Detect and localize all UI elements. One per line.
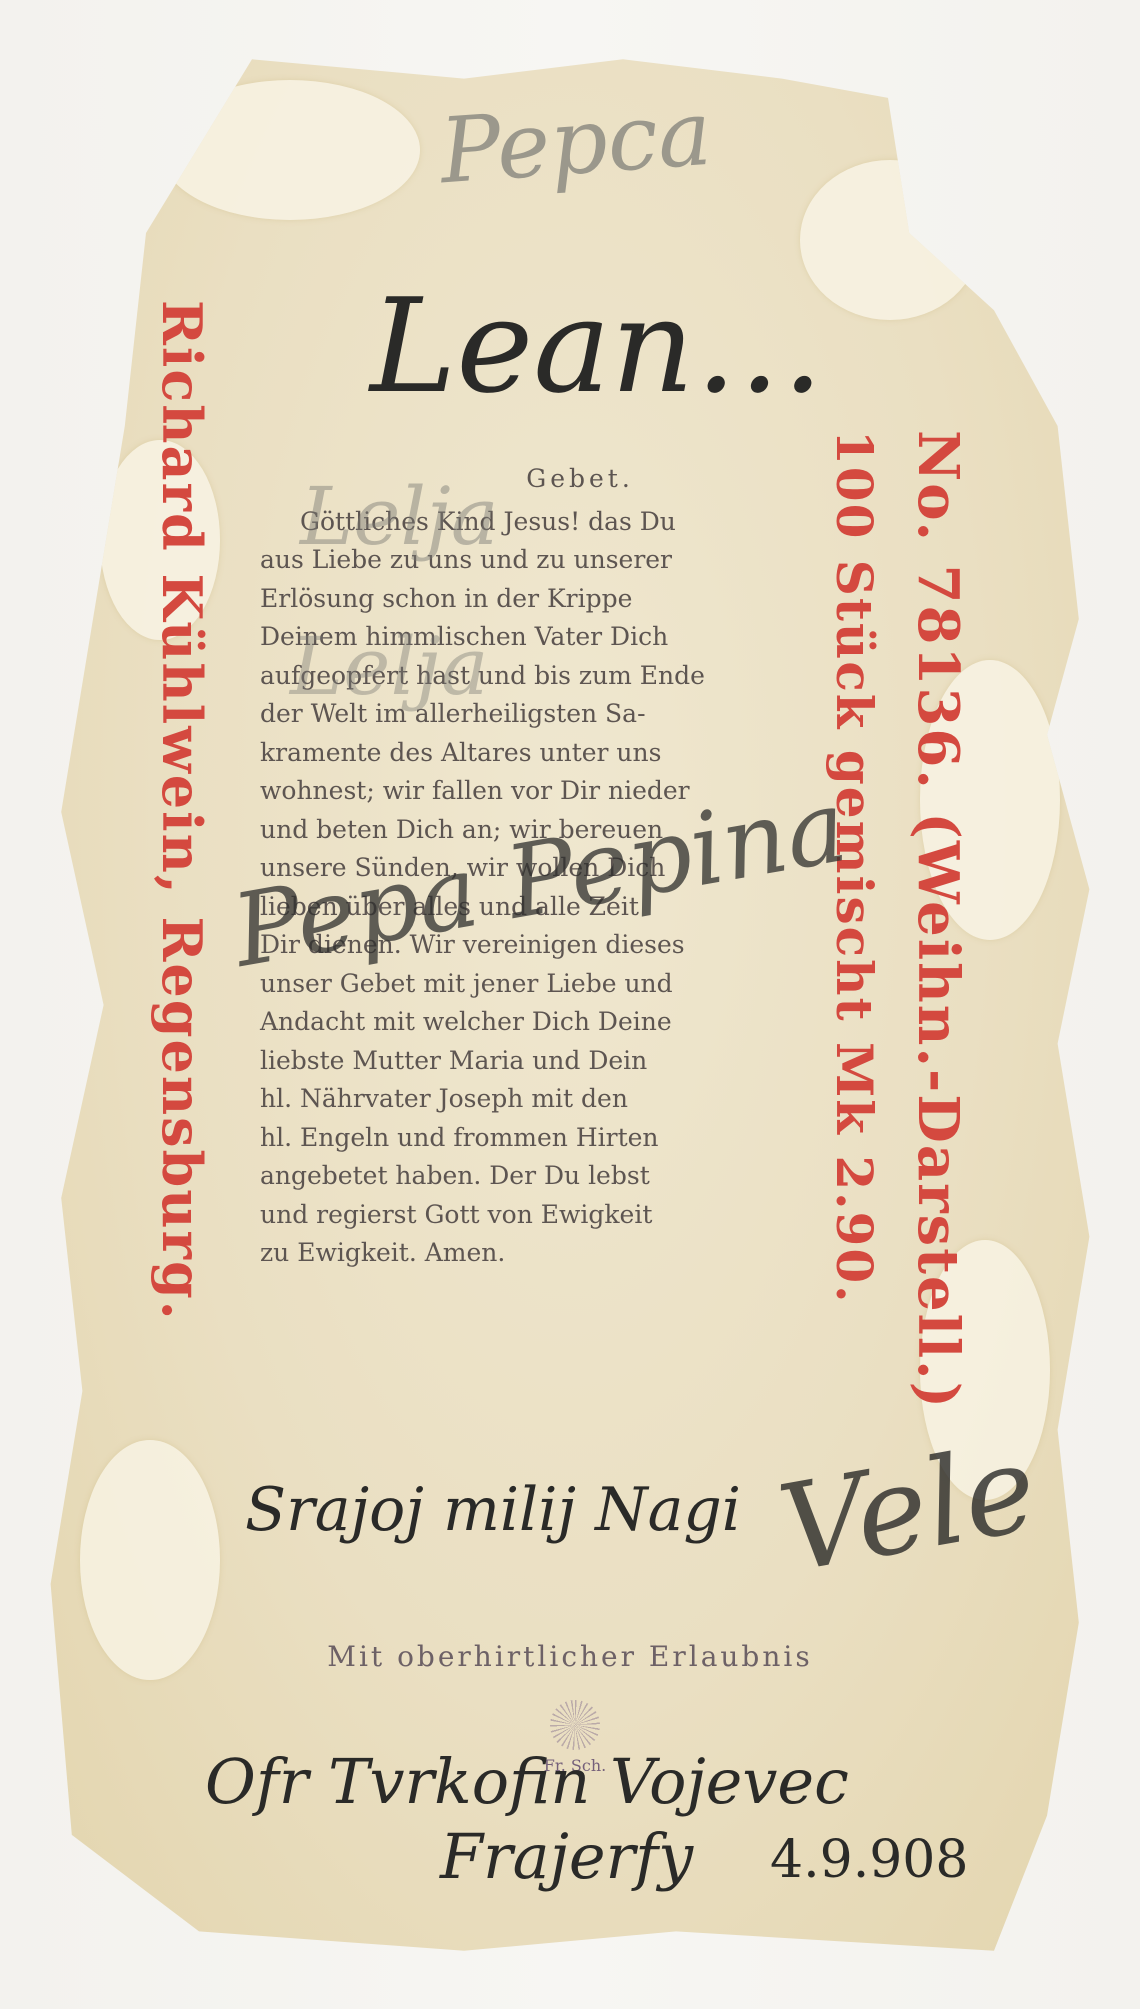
handwriting-line-3: Frajerfy bbox=[440, 1820, 693, 1893]
handwriting-ink-top: Lean… bbox=[370, 270, 825, 422]
publisher-imprint: Richard Kühlwein, Regensburg. bbox=[150, 300, 214, 1322]
prayer-line: und regierst Gott von Ewigkeit bbox=[260, 1196, 900, 1235]
handwriting-line-1: Srajoj milij Nagi bbox=[245, 1475, 741, 1545]
prayer-line: hl. Engeln und frommen Hirten bbox=[260, 1119, 900, 1158]
prayer-line: zu Ewigkeit. Amen. bbox=[260, 1234, 900, 1273]
prayer-line: kramente des Altares unter uns bbox=[260, 734, 900, 773]
handwriting-pencil-middle: Lelja bbox=[290, 620, 489, 713]
imprimatur-line: Mit oberhirtlicher Erlaubnis bbox=[225, 1640, 915, 1673]
handwriting-line-2: Ofr Tvrkofin Vojevec bbox=[205, 1745, 849, 1818]
handwriting-pencil-top: Pepca bbox=[437, 81, 715, 205]
handwriting-pencil-middle: Lelja bbox=[300, 470, 499, 563]
handwriting-date: 4.9.908 bbox=[770, 1830, 968, 1890]
prayer-line: liebste Mutter Maria und Dein bbox=[260, 1042, 900, 1081]
prayer-line: Andacht mit welcher Dich Deine bbox=[260, 1003, 900, 1042]
catalog-number: No. 78136. (Weihn.-Darstell.) bbox=[905, 430, 971, 1410]
monstrance-icon bbox=[550, 1700, 600, 1750]
prayer-line: hl. Nährvater Joseph mit den bbox=[260, 1080, 900, 1119]
embossed-flower bbox=[80, 1440, 220, 1680]
prayer-line: Erlösung schon in der Krippe bbox=[260, 580, 900, 619]
prayer-line: angebetet haben. Der Du lebst bbox=[260, 1157, 900, 1196]
embossed-leaf bbox=[160, 80, 420, 220]
embossed-leaf bbox=[800, 160, 980, 320]
